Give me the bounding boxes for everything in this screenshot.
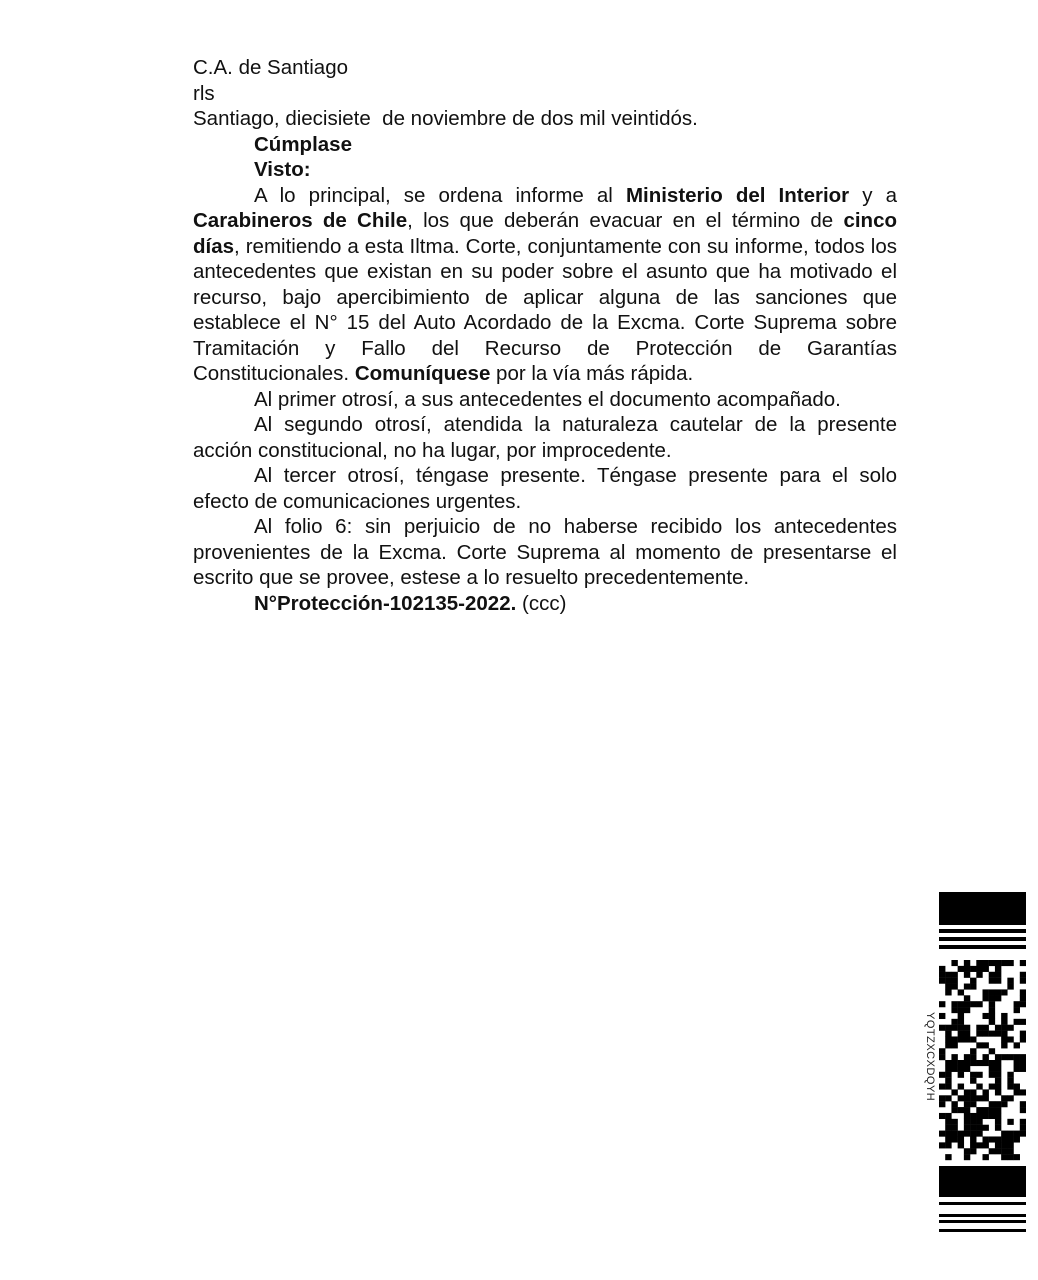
court-resolution-document: C.A. de Santiago rls Santiago, diecisiet… [193, 55, 897, 616]
clerk-initials: rls [193, 81, 897, 107]
paragraph-folio: Al folio 6: sin perjuicio de no haberse … [193, 514, 897, 591]
heading-cumplase: Cúmplase [193, 132, 897, 158]
court-name: C.A. de Santiago [193, 55, 897, 81]
heading-visto: Visto: [193, 157, 897, 183]
paragraph-tercer-otrosi: Al tercer otrosí, téngase presente. Téng… [193, 463, 897, 514]
paragraph-principal: A lo principal, se ordena informe al Min… [193, 183, 897, 387]
paragraph-segundo-otrosi: Al segundo otrosí, atendida la naturalez… [193, 412, 897, 463]
barcode-code-text: YQTZXCXDQYH [922, 1012, 936, 1132]
date-line: Santiago, diecisiete de noviembre de dos… [193, 106, 897, 132]
paragraph-primer-otrosi: Al primer otrosí, a sus antecedentes el … [193, 387, 897, 413]
case-number: N°Protección-102135-2022. (ccc) [193, 591, 897, 617]
verification-barcode [939, 892, 1026, 1236]
